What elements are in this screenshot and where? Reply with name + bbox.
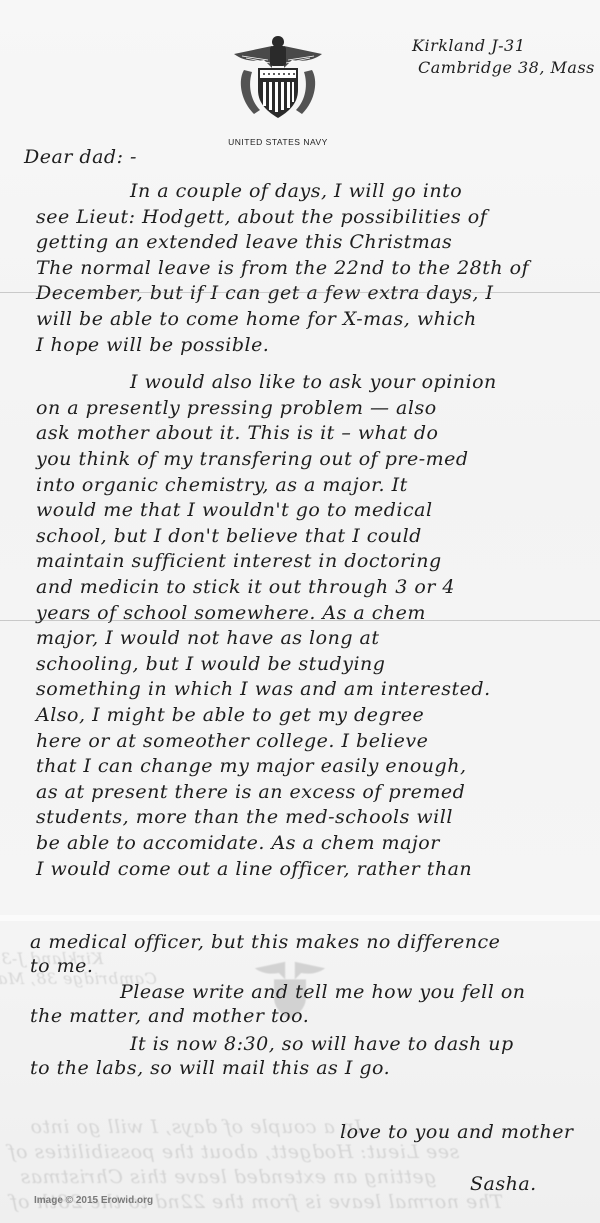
body-line: something in which I was and am interest… [36,678,491,700]
body-line: Also, I might be able to get my degree [36,704,424,726]
body-line: into organic chemistry, as a major. It [36,474,408,496]
body-line: as at present there is an excess of prem… [36,781,465,803]
body-line: I would come out a line officer, rather … [36,858,472,880]
body-line: to me. [30,955,93,977]
us-navy-eagle-crest-icon [228,30,328,130]
paper-fold-line [0,620,600,621]
body-line: I hope will be possible. [36,334,269,356]
body-line: ask mother about it. This is it – what d… [36,422,439,444]
body-line: a medical officer, but this makes no dif… [30,931,500,953]
body-line: In a couple of days, I will go into [130,180,462,202]
closing: love to you and mother [340,1121,574,1143]
body-line: December, but if I can get a few extra d… [36,282,494,304]
body-line: It is now 8:30, so will have to dash up [130,1033,514,1055]
body-line: will be able to come home for X-mas, whi… [36,308,477,330]
body-line: maintain sufficient interest in doctorin… [36,550,442,572]
body-line: see Lieut: Hodgett, about the possibilit… [36,206,487,228]
body-line: getting an extended leave this Christmas [36,231,452,253]
salutation: Dear dad: - [24,146,137,168]
body-line: and medicin to stick it out through 3 or… [36,576,455,598]
signature: Sasha. [470,1173,537,1195]
letterhead-label: UNITED STATES NAVY [218,137,338,147]
body-line: to the labs, so will mail this as I go. [30,1057,390,1079]
body-line: that I can change my major easily enough… [36,755,466,777]
body-line: major, I would not have as long at [36,627,379,649]
body-line: students, more than the med-schools will [36,806,453,828]
image-credit: Image © 2015 Erowid.org [34,1195,153,1206]
body-line: schooling, but I would be studying [36,653,385,675]
body-line: here or at someother college. I believe [36,730,428,752]
body-line: be able to accomidate. As a chem major [36,832,440,854]
letter-page-1: UNITED STATES NAVY Kirkland J-31 Cambrid… [0,0,600,915]
body-line: I would also like to ask your opinion [130,371,497,393]
body-line: Please write and tell me how you fell on [120,981,526,1003]
body-line: The normal leave is from the 22nd to the… [36,257,529,279]
body-line: the matter, and mother too. [30,1005,309,1027]
body-line: you think of my transfering out of pre-m… [36,448,469,470]
body-line: school, but I don't believe that I could [36,525,422,547]
address-line-2: Cambridge 38, Mass [418,58,595,77]
letter-page-2: Kirkland J-31 Cambridge 38, Mass In a co… [0,921,600,1223]
address-line-1: Kirkland J-31 [412,36,525,55]
body-line: on a presently pressing problem — also [36,397,437,419]
body-line: would me that I wouldn't go to medical [36,499,433,521]
paper-fold-line [0,292,600,293]
